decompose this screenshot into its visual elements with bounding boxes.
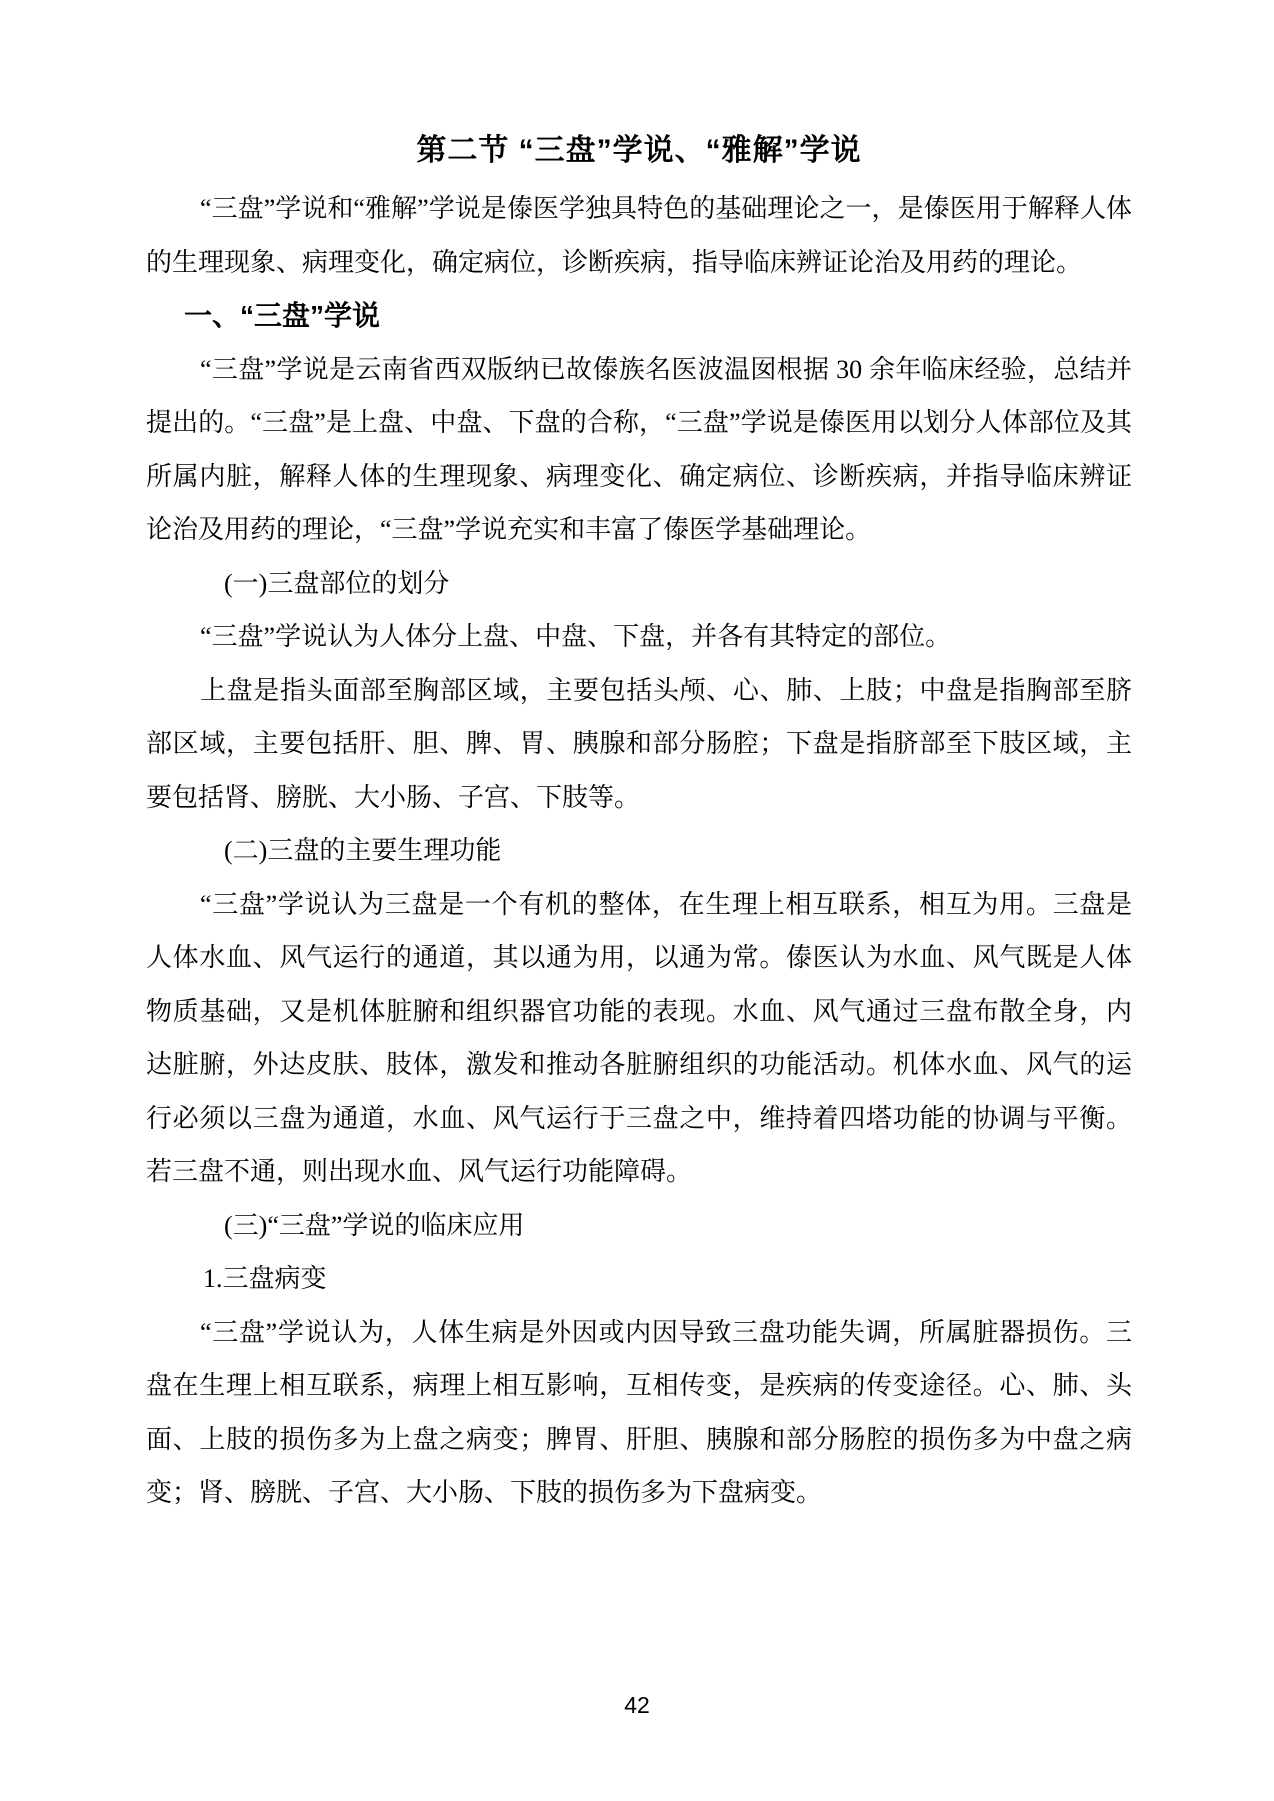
numbered-heading-pathology: 1.三盘病变 [146, 1252, 1132, 1306]
document-page: 第二节 “三盘”学说、“雅解”学说 “三盘”学说和“雅解”学说是傣医学独具特色的… [0, 0, 1274, 1801]
paragraph-origin: “三盘”学说是云南省西双版纳已故傣族名医波温囡根据 30 余年临床经验，总结并提… [146, 343, 1132, 557]
paragraph-functions: “三盘”学说认为三盘是一个有机的整体，在生理上相互联系，相互为用。三盘是人体水血… [146, 878, 1132, 1199]
subheading-3-clinical-application: (三)“三盘”学说的临床应用 [146, 1199, 1132, 1253]
paragraph-three-regions: “三盘”学说认为人体分上盘、中盘、下盘，并各有其特定的部位。 [146, 610, 1132, 664]
subheading-1-division-of-regions: (一)三盘部位的划分 [146, 557, 1132, 611]
page-title: 第二节 “三盘”学说、“雅解”学说 [146, 126, 1132, 176]
subheading-2-physiological-functions: (二)三盘的主要生理功能 [146, 824, 1132, 878]
section-heading-sanpan-theory: 一、“三盘”学说 [146, 289, 1132, 343]
page-number: 42 [0, 1690, 1274, 1720]
paragraph-intro: “三盘”学说和“雅解”学说是傣医学独具特色的基础理论之一，是傣医用于解释人体的生… [146, 182, 1132, 289]
document-content: 第二节 “三盘”学说、“雅解”学说 “三盘”学说和“雅解”学说是傣医学独具特色的… [146, 126, 1132, 1520]
paragraph-pathology: “三盘”学说认为，人体生病是外因或内因导致三盘功能失调，所属脏器损伤。三盘在生理… [146, 1306, 1132, 1520]
paragraph-region-details: 上盘是指头面部至胸部区域，主要包括头颅、心、肺、上肢；中盘是指胸部至脐部区域，主… [146, 664, 1132, 825]
